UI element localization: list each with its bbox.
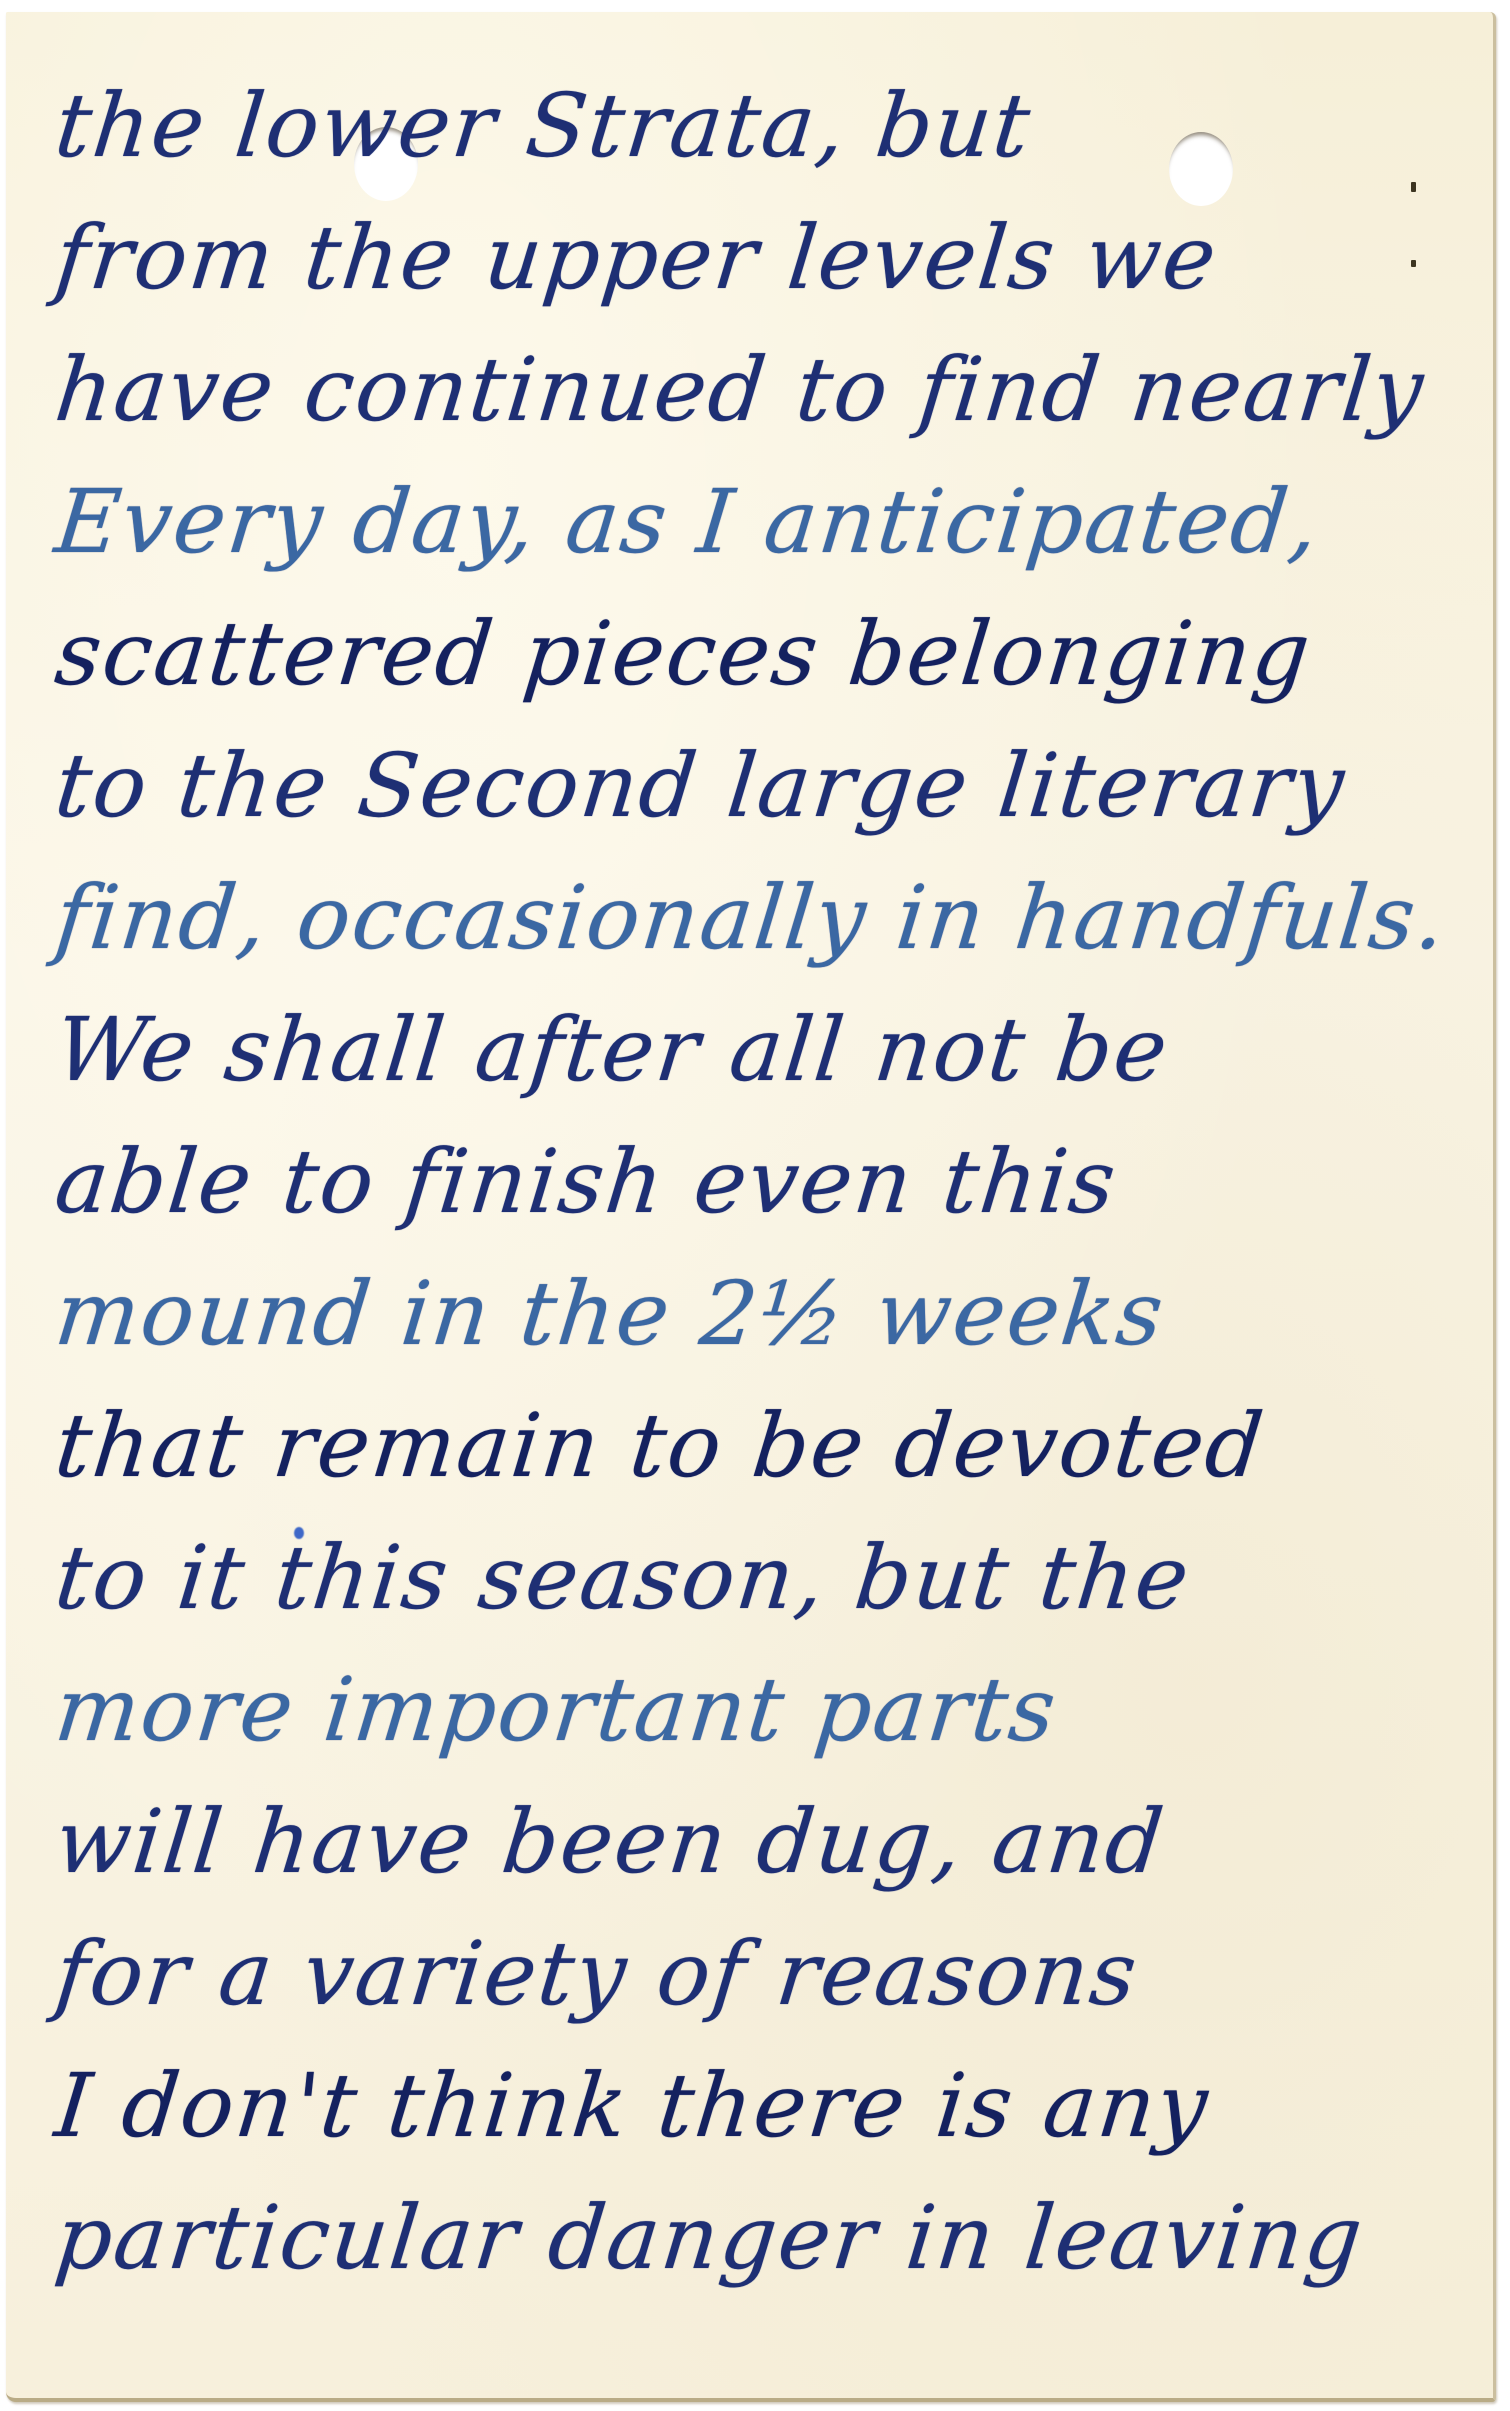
- text-line: for a variety of reasons: [49, 1908, 1493, 2040]
- text-line: have continued to find nearly: [49, 324, 1493, 456]
- text-line: able to finish even this: [49, 1116, 1493, 1248]
- handwritten-text: the lower Strata, but from the upper lev…: [56, 60, 1486, 2304]
- text-line: to the Second large literary: [49, 720, 1493, 852]
- text-line: will have been dug, and: [49, 1776, 1493, 1908]
- text-line: to it this season, but the: [49, 1512, 1493, 1644]
- text-line: the lower Strata, but: [49, 60, 1493, 192]
- text-line: particular danger in leaving: [49, 2172, 1493, 2304]
- text-line: find, occasionally in handfuls.: [49, 852, 1493, 984]
- text-line: scattered pieces belonging: [49, 588, 1493, 720]
- text-line: mound in the 2½ weeks: [49, 1248, 1493, 1380]
- text-line: We shall after all not be: [49, 984, 1493, 1116]
- text-line: from the upper levels we: [49, 192, 1493, 324]
- text-line: Every day, as I anticipated,: [49, 456, 1493, 588]
- text-line: more important parts: [49, 1644, 1493, 1776]
- text-line: that remain to be devoted: [49, 1380, 1493, 1512]
- letter-page: the lower Strata, but from the upper lev…: [6, 12, 1496, 2402]
- text-line: I don't think there is any: [49, 2040, 1493, 2172]
